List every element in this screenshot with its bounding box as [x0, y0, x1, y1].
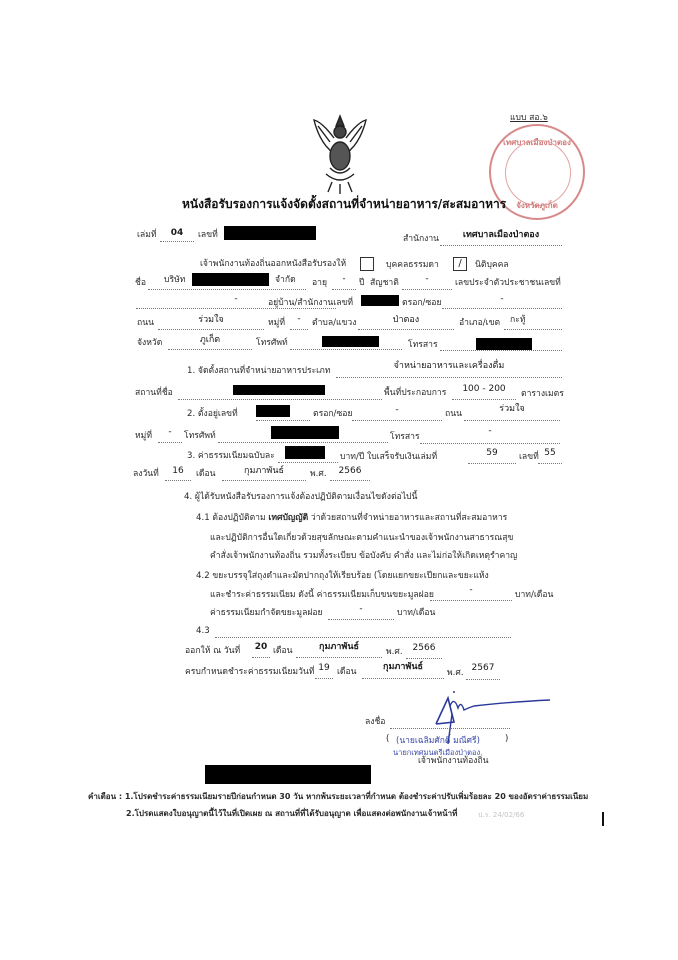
alley-value: -: [442, 294, 562, 305]
issuer-intro: เจ้าพนักงานท้องถิ่นออกหนังสือรับรองให้: [200, 259, 346, 270]
redacted-place-number: [256, 405, 290, 417]
item2-alley-value: -: [352, 405, 442, 416]
address-label: อยู่บ้าน/สำนักงานเลขที่: [268, 298, 353, 309]
redacted-number: [224, 226, 316, 240]
item2-fax-label: โทรสาร: [390, 432, 420, 443]
signatory-role: เจ้าพนักงานท้องถิ่น: [418, 756, 489, 767]
checkbox-juristic-person[interactable]: /: [453, 257, 467, 271]
form-code: แบบ สอ.๖: [510, 113, 548, 124]
moo-label: หมู่ที่: [268, 318, 285, 329]
due-day: 19: [315, 663, 333, 674]
receipt-no-value: 55: [538, 448, 562, 459]
collection-fee-value: -: [430, 585, 512, 596]
checkbox-natural-person[interactable]: [360, 257, 374, 271]
item2-moo-value: -: [158, 427, 182, 438]
area-label: พื้นที่ประกอบการ: [384, 388, 446, 399]
issued-year-label: พ.ศ.: [386, 647, 403, 658]
condition-4-1: 4.1 ต้องปฏิบัติตาม เทศบัญญัติ ว่าด้วยสถา…: [196, 513, 507, 524]
item2-road-label: ถนน: [445, 409, 462, 420]
sign-label: ลงชื่อ: [365, 717, 385, 728]
volume-label: เล่มที่: [137, 230, 157, 241]
paid-month-label: เดือน: [196, 469, 216, 480]
item2-fax-value: -: [420, 426, 560, 437]
office-value: เทศบาลเมืองป่าตอง: [440, 230, 562, 241]
paid-day: 16: [165, 466, 191, 477]
issued-label: ออกให้ ณ วันที่: [185, 646, 240, 657]
due-label: ครบกำหนดชำระค่าธรรมเนียมวันที่: [185, 667, 314, 678]
issued-year: 2566: [406, 643, 442, 654]
item4-label: 4. ผู้ได้รับหนังสือรับรองการแจ้งต้องปฏิบ…: [184, 492, 417, 503]
signatory-name: (นายเฉลิมศักดิ์ มณีศรี): [396, 733, 480, 747]
paid-year-label: พ.ศ.: [310, 469, 327, 480]
redacted-place-name: [233, 385, 325, 395]
option-natural-person: บุคคลธรรมดา: [386, 260, 439, 271]
paid-month: กุมภาพันธ์: [222, 466, 306, 477]
paid-year: 2566: [330, 466, 370, 477]
option-juristic-person: นิติบุคคล: [475, 260, 509, 271]
moo-value: -: [290, 314, 308, 325]
issued-month: กุมภาพันธ์: [296, 642, 382, 653]
condition-4-2-line2: และชำระค่าธรรมเนียม ดังนี้ ค่าธรรมเนียมเ…: [210, 590, 434, 601]
subdistrict-label: ตำบล/แขวง: [312, 318, 356, 329]
faint-handwritten-note: ป.ร. 24/02/66: [478, 810, 524, 821]
condition-4-2: 4.2 ขยะบรรจุใส่ถุงดำและมัดปากถุงให้เรียบ…: [196, 571, 489, 582]
disposal-fee-unit: บาท/เดือน: [397, 608, 435, 619]
due-month-label: เดือน: [337, 667, 357, 678]
phone-label: โทรศัพท์: [256, 338, 288, 349]
age-label: อายุ: [312, 278, 327, 289]
redacted-fee: [285, 446, 325, 459]
item2-phone-label: โทรศัพท์: [184, 431, 216, 442]
redacted-phone: [322, 336, 379, 347]
district-value: กะทู้: [510, 315, 525, 326]
signatory-name-bracket-close: ): [505, 734, 508, 745]
condition-4-2-line3: ค่าธรรมเนียมกำจัดขยะมูลฝอย: [210, 608, 323, 619]
redacted-address-number: [361, 295, 399, 306]
item2-label: 2. ตั้งอยู่เลขที่: [187, 409, 238, 420]
due-month: กุมภาพันธ์: [362, 662, 444, 673]
nationality-label: สัญชาติ: [370, 278, 399, 289]
id-label: เลขประจำตัวประชาชนเลขที่: [455, 278, 561, 289]
road-label: ถนน: [137, 318, 154, 329]
volume-value: 04: [160, 228, 194, 239]
text-cursor: [602, 812, 604, 826]
area-value: 100 - 200: [452, 384, 516, 395]
document-title: หนังสือรับรองการแจ้งจัดตั้งสถานที่จำหน่า…: [182, 195, 506, 214]
condition-4-1-line3: คำสั่งเจ้าพนักงานท้องถิ่น รวมทั้งระเบียบ…: [210, 551, 517, 562]
redacted-company-name: [192, 273, 269, 286]
paid-date-label: ลงวันที่: [133, 469, 159, 480]
redacted-fax: [476, 338, 532, 350]
fax-label: โทรสาร: [408, 340, 438, 351]
place-label: สถานที่ชื่อ: [135, 388, 173, 399]
office-label: สำนักงาน: [403, 234, 439, 245]
district-label: อำเภอ/เขต: [459, 318, 500, 329]
number-label: เลขที่: [198, 230, 218, 241]
nationality-value: -: [402, 274, 452, 285]
condition-4-1-line2: และปฏิบัติการอื่นใดเกี่ยวด้วยสุขลักษณะตา…: [210, 533, 513, 544]
due-year: 2567: [466, 663, 500, 674]
due-year-label: พ.ศ.: [447, 668, 464, 679]
receipt-no-label: เลขที่: [519, 452, 539, 463]
subdistrict-value: ป่าตอง: [358, 315, 454, 326]
name-label: ชื่อ: [135, 278, 146, 289]
item3-label: 3. ค่าธรรมเนียมฉบับละ: [187, 451, 275, 462]
name-suffix: จำกัด: [275, 275, 296, 286]
disposal-fee-value: -: [328, 604, 394, 615]
alley-label: ตรอก/ซอย: [402, 298, 442, 309]
warning-line2: 2.โปรดแสดงใบอนุญาตนี้ไว้ในที่เปิดเผย ณ ส…: [126, 808, 457, 819]
garuda-emblem-icon: [312, 112, 368, 194]
item1-value: จำหน่ายอาหารและเครื่องดื่ม: [336, 361, 562, 372]
road-value: ร่วมใจ: [158, 315, 264, 326]
warning-line1: คำเตือน : 1.โปรดชำระค่าธรรมเนียมรายปีก่อ…: [88, 791, 588, 802]
year-label: ปี: [359, 278, 364, 289]
item3-unit: บาท/ปี ใบเสร็จรับเงินเล่มที่: [340, 452, 437, 463]
item1-label: 1. จัดตั้งสถานที่จำหน่ายอาหารประเภท: [187, 366, 330, 377]
province-label: จังหวัด: [137, 338, 162, 349]
age-value: -: [332, 274, 356, 285]
condition-4-3: 4.3: [196, 626, 210, 637]
item2-alley-label: ตรอก/ซอย: [313, 409, 353, 420]
receipt-book-value: 59: [468, 448, 516, 459]
redacted-block: [205, 765, 371, 784]
area-unit: ตารางเมตร: [521, 389, 564, 400]
name-prefix: บริษัท: [164, 275, 185, 286]
issued-month-label: เดือน: [273, 646, 293, 657]
item2-moo-label: หมู่ที่: [135, 431, 152, 442]
province-value: ภูเก็ต: [168, 335, 252, 346]
redacted-place-phone: [271, 426, 339, 439]
signatory-name-bracket: (: [386, 734, 389, 745]
item2-road-value: ร่วมใจ: [464, 404, 560, 415]
collection-fee-unit: บาท/เดือน: [515, 590, 553, 601]
issued-day: 20: [252, 642, 270, 653]
